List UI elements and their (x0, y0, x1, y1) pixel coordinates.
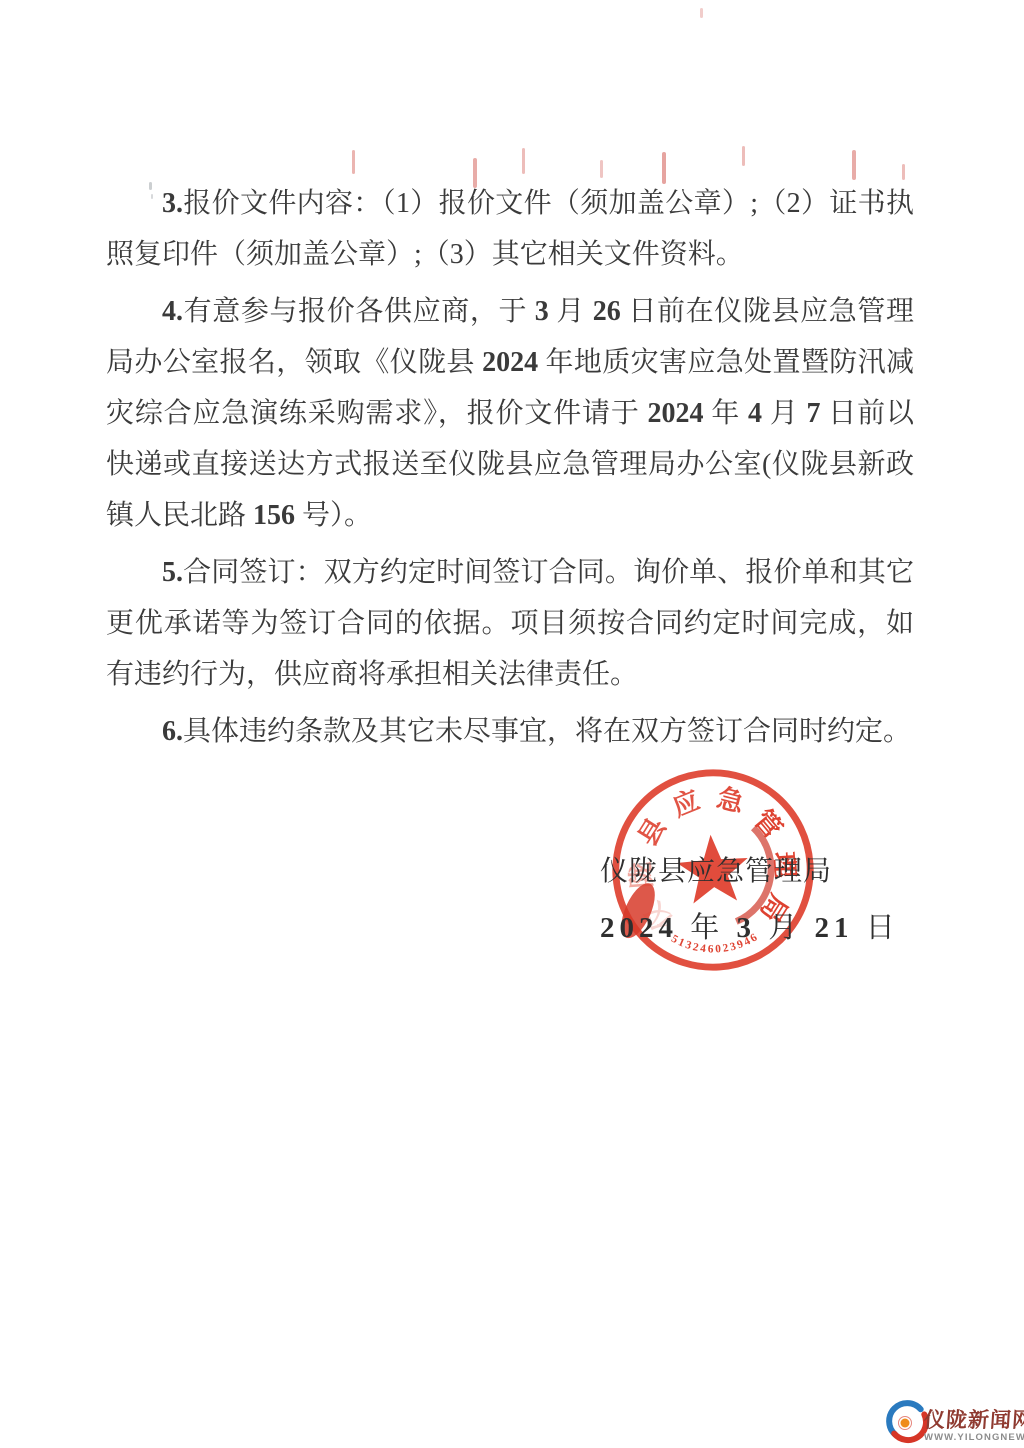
text-segment: 年 (678, 912, 737, 944)
text-segment: 合同签订：双方约定时间签订合同。询价单、报价单和其它更优承诺等为签订合同的依据。… (106, 557, 914, 690)
signature-org: 仪陇县应急管理局 (600, 849, 900, 889)
scanned-document-page: 3.报价文件内容：（1）报价文件（须加盖公章）;（2）证书执照复印件（须加盖公章… (0, 0, 1024, 1448)
text-segment: 4. (162, 296, 183, 327)
text-segment: 21 (815, 912, 854, 944)
text-segment: 月 (549, 296, 593, 327)
text-segment: 月 (756, 912, 815, 944)
text-segment: 月 (762, 398, 806, 429)
text-segment: 号）。 (295, 500, 372, 531)
site-watermark: 仪陇新闻网 WWW.YILONGNEWS.COM (886, 1398, 1024, 1448)
text-segment: 2024 (600, 912, 678, 944)
seal-ring-char: 应 (668, 785, 704, 823)
paragraph-4: 4.有意参与报价各供应商，于 3 月 26 日前在仪陇县应急管理局办公室报名，领… (106, 286, 914, 541)
signature-block: 仪陇县应急管理局 2024 年 3 月 21 日 (600, 849, 900, 946)
text-segment: 6. (162, 716, 183, 747)
scan-artifact (352, 150, 355, 174)
text-segment: 2024 (482, 347, 538, 378)
text-segment: 年 (704, 398, 748, 429)
text-segment: 156 (253, 500, 295, 531)
paragraph-3: 3.报价文件内容：（1）报价文件（须加盖公章）;（2）证书执照复印件（须加盖公章… (106, 178, 914, 280)
text-segment: 日 (854, 912, 900, 944)
text-segment: 26 (593, 296, 621, 327)
text-segment: 7 (806, 398, 820, 429)
scan-artifact (742, 146, 745, 166)
scan-artifact (522, 148, 525, 174)
text-segment: 报价文件内容：（1）报价文件（须加盖公章）;（2）证书执照复印件（须加盖公章）;… (106, 188, 914, 270)
scan-artifact (600, 160, 603, 178)
text-segment: 5. (162, 557, 183, 588)
paragraph-6: 6.具体违约条款及其它未尽事宜，将在双方签订合同时约定。 (106, 706, 914, 757)
site-name: 仪陇新闻网 (923, 1404, 1024, 1434)
scan-artifact (852, 150, 856, 180)
document-body: 3.报价文件内容：（1）报价文件（须加盖公章）;（2）证书执照复印件（须加盖公章… (106, 178, 914, 763)
text-segment: 有意参与报价各供应商，于 (183, 296, 535, 327)
text-segment: 4 (748, 398, 762, 429)
text-segment: 3. (162, 188, 183, 219)
paragraph-5: 5.合同签订：双方约定时间签订合同。询价单、报价单和其它更优承诺等为签订合同的依… (106, 547, 914, 700)
seal-ring-char: 县 (632, 812, 672, 851)
signature-date: 2024 年 3 月 21 日 (600, 905, 900, 946)
text-segment: 3 (535, 296, 549, 327)
site-url: WWW.YILONGNEWS.COM (924, 1432, 1024, 1443)
text-segment: 具体违约条款及其它未尽事宜，将在双方签订合同时约定。 (183, 716, 911, 747)
seal-ring-char: 急 (714, 783, 747, 819)
seal-ring-char: 管 (748, 804, 788, 844)
text-segment: 2024 (648, 398, 704, 429)
scan-artifact (700, 8, 703, 18)
text-segment: 3 (737, 912, 757, 944)
